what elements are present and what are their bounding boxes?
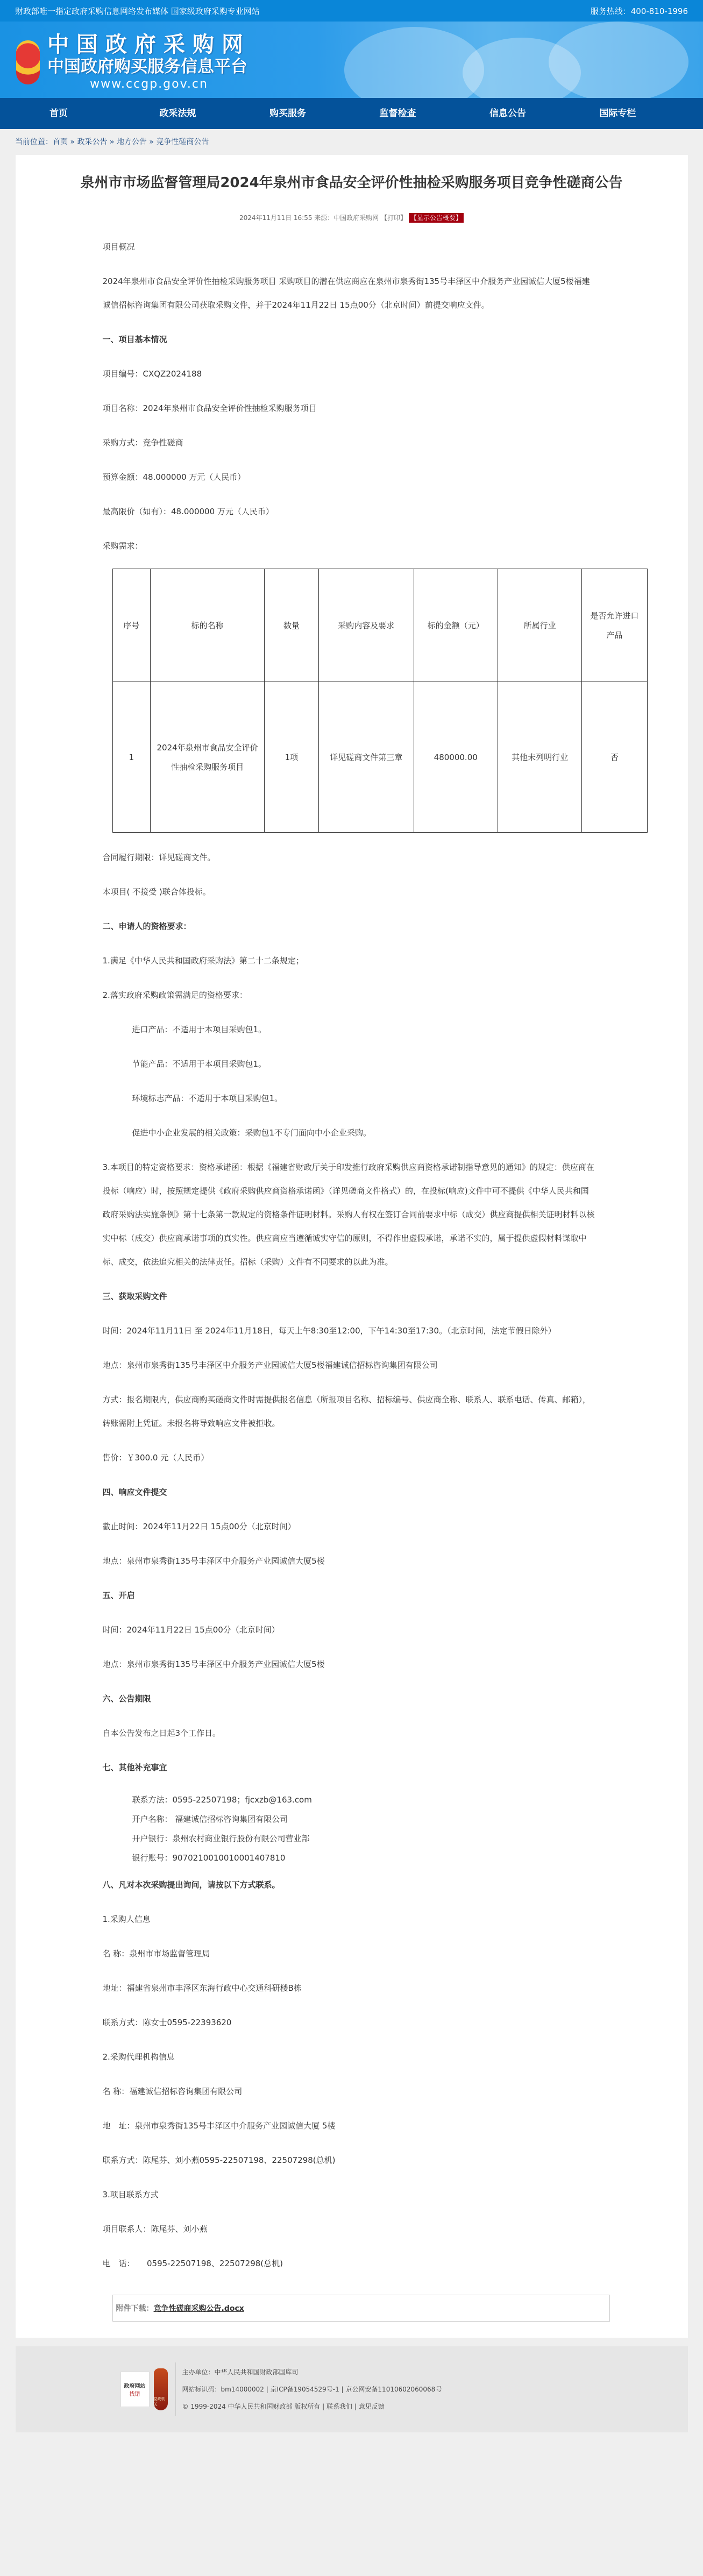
account-name: 开户名称： 福建诚信招标咨询集团有限公司: [132, 1809, 597, 1829]
site-logo[interactable]: 中国政府采购网 中国政府购买服务信息平台 www.ccgp.gov.cn: [16, 32, 251, 93]
account-bank: 开户银行：泉州农村商业银行股份有限公司营业部: [132, 1829, 597, 1848]
article-body: 项目概况 2024年泉州市食品安全评价性抽检采购服务项目 采购项目的潜在供应商应…: [16, 222, 688, 2275]
table-header: 是否允许进口产品: [582, 569, 647, 682]
table-cell: 1: [112, 682, 151, 833]
table-header: 所属行业: [498, 569, 581, 682]
service-hotline: 服务热线：400-810-1996: [591, 5, 688, 17]
top-bar: 财政部唯一指定政府采购信息网络发布媒体 国家级政府采购专业网站 服务热线：400…: [0, 0, 703, 22]
site-ids: 网站标识码：bm14000002 | 京ICP备19054529号-1 | 京公…: [182, 2381, 442, 2398]
qualification-item: 3.本项目的特定资格要求：资格承诺函：根据《福建省财政厅关于印发推行政府采购供应…: [103, 1155, 597, 1274]
project-name: 项目名称：2024年泉州市食品安全评价性抽检采购服务项目: [103, 396, 597, 420]
nav-supervision[interactable]: 监督检查: [352, 98, 462, 129]
section-heading: 八、凡对本次采购提出询问，请按以下方式联系。: [103, 1873, 597, 1897]
attachment-box: 附件下载：竞争性磋商采购公告.docx: [112, 2295, 610, 2322]
breadcrumb-home[interactable]: 首页: [53, 138, 68, 146]
badge-text: 找错: [130, 2389, 140, 2397]
breadcrumb-prefix: 当前位置：: [15, 138, 53, 146]
table-header: 标的名称: [151, 569, 265, 682]
procurement-method: 采购方式：竞争性磋商: [103, 431, 597, 455]
submit-deadline: 截止时间：2024年11月22日 15点00分（北京时间）: [103, 1515, 597, 1538]
contact-method: 联系方法：0595-22507198；fjcxzb@163.com: [132, 1790, 597, 1809]
breadcrumb-gov-announcements[interactable]: 政采公告: [77, 138, 107, 146]
announcement-period: 自本公告发布之日起3个工作日。: [103, 1721, 597, 1745]
footer-info: 主办单位：中华人民共和国财政部国库司 网站标识码：bm14000002 | 京I…: [182, 2364, 442, 2415]
gov-site-error-report-badge[interactable]: 政府网站 找错: [120, 2372, 150, 2407]
budget-amount: 预算金额：48.000000 万元（人民币）: [103, 465, 597, 489]
qualification-item: 2.落实政府采购政策需满足的资格要求：: [103, 983, 597, 1007]
max-price: 最高限价（如有）：48.000000 万元（人民币）: [103, 500, 597, 523]
consortium-policy: 本项目( 不接受 )联合体投标。: [103, 880, 597, 904]
breadcrumb: 当前位置：首页 » 政采公告 » 地方公告 » 竞争性磋商公告: [0, 129, 703, 155]
article-meta: 2024年11月11日 16:55 来源：中国政府采购网 【打印】 【显示公告概…: [16, 213, 688, 222]
breadcrumb-local-announcements[interactable]: 地方公告: [117, 138, 147, 146]
cloud-decoration: [344, 27, 484, 98]
table-header: 标的金额（元）: [414, 569, 498, 682]
logo-title: 中国政府采购网: [47, 32, 251, 57]
contract-period: 合同履行期限：详见磋商文件。: [103, 846, 597, 869]
requirements-table: 序号 标的名称 数量 采购内容及要求 标的金额（元） 所属行业 是否允许进口产品…: [112, 569, 648, 833]
project-contact-person: 项目联系人：陈尾芬、刘小燕: [103, 2217, 597, 2241]
buyer-info-title: 1.采购人信息: [103, 1907, 597, 1931]
section-heading: 二、申请人的资格要求：: [103, 914, 597, 938]
buyer-contact: 联系方式：陈女士0595-22393620: [103, 2011, 597, 2034]
main-nav: 首页 政采法规 购买服务 监督检查 信息公告 国际专栏: [0, 98, 703, 129]
account-number: 银行账号：907021001001000140781​0: [132, 1848, 597, 1868]
banner: 中国政府采购网 中国政府购买服务信息平台 www.ccgp.gov.cn: [0, 22, 703, 98]
agent-name: 名 称：福建诚信招标咨询集团有限公司: [103, 2080, 597, 2103]
section-heading: 一、项目基本情况: [103, 328, 597, 351]
section-heading: 四、响应文件提交: [103, 1480, 597, 1504]
overview-text: 2024年泉州市食品安全评价性抽检采购服务项目 采购项目的潜在供应商应在泉州市泉…: [103, 269, 597, 317]
bottom-spacer: [0, 2432, 703, 2441]
breadcrumb-separator: »: [147, 138, 156, 146]
overview-label: 项目概况: [103, 235, 597, 259]
agent-address: 地 址：泉州市泉秀街135号丰泽区中介服务产业园诚信大厦 5楼: [103, 2114, 597, 2138]
table-header: 数量: [265, 569, 319, 682]
table-cell: 1项: [265, 682, 319, 833]
table-header: 序号: [112, 569, 151, 682]
policy-item: 进口产品：不适用于本项目采购包1。: [103, 1018, 597, 1041]
table-cell: 否: [582, 682, 647, 833]
nav-regulations[interactable]: 政采法规: [132, 98, 242, 129]
table-header: 采购内容及要求: [318, 569, 414, 682]
badge-text: 党政机关: [154, 2396, 168, 2407]
breadcrumb-current[interactable]: 竞争性磋商公告: [156, 138, 209, 146]
project-number: 项目编号：CXQZ2024188: [103, 362, 597, 386]
table-cell: 详见磋商文件第三章: [318, 682, 414, 833]
qualification-item: 1.满足《中华人民共和国政府采购法》第二十二条规定；: [103, 949, 597, 973]
page-title: 泉州市市场监督管理局2024年泉州市食品安全评价性抽检采购服务项目竞争性磋商公告: [16, 166, 688, 194]
copyright-line: © 1999-2024 中华人民共和国财政部 版权所有 | 联系我们 | 意见反…: [182, 2398, 442, 2415]
section-heading: 三、获取采购文件: [103, 1285, 597, 1308]
document-price: 售价：￥300.0 元（人民币）: [103, 1446, 597, 1470]
table-row: 1 2024年泉州市食品安全评价性抽检采购服务项目 1项 详见磋商文件第三章 4…: [112, 682, 647, 833]
badge-text: 政府网站: [124, 2381, 146, 2389]
nav-international[interactable]: 国际专栏: [572, 98, 682, 129]
table-cell: 2024年泉州市食品安全评价性抽检采购服务项目: [151, 682, 265, 833]
supplementary-info: 联系方法：0595-22507198；fjcxzb@163.com 开户名称： …: [103, 1790, 597, 1868]
acquire-place: 地点：泉州市泉秀街135号丰泽区中介服务产业园诚信大厦5楼福建诚信招标咨询集团有…: [103, 1353, 597, 1377]
logo-url: www.ccgp.gov.cn: [47, 76, 251, 93]
policy-item: 促进中小企业发展的相关政策：采购包1不专门面向中小企业采购。: [103, 1121, 597, 1145]
opening-time: 时间：2024年11月22日 15点00分（北京时间）: [103, 1618, 597, 1642]
agent-info-title: 2.采购代理机构信息: [103, 2045, 597, 2069]
attachment-download-link[interactable]: 竞争性磋商采购公告.docx: [154, 2304, 244, 2313]
policy-item: 环境标志产品：不适用于本项目采购包1。: [103, 1087, 597, 1110]
nav-purchase-services[interactable]: 购买服务: [242, 98, 352, 129]
attachment-label: 附件下载：: [116, 2304, 154, 2313]
section-heading: 七、其他补充事宜: [103, 1756, 597, 1779]
logo-subtitle: 中国政府购买服务信息平台: [47, 57, 251, 76]
project-contact-title: 3.项目联系方式: [103, 2183, 597, 2206]
copyright: © 1999-2024 中华人民共和国财政部 版权所有: [182, 2403, 321, 2410]
opening-place: 地点：泉州市泉秀街135号丰泽区中介服务产业园诚信大厦5楼: [103, 1652, 597, 1676]
section-heading: 五、开启: [103, 1584, 597, 1607]
host-unit: 主办单位：中华人民共和国财政部国库司: [182, 2364, 442, 2381]
breadcrumb-separator: »: [107, 138, 116, 146]
buyer-address: 地址：福建省泉州市丰泽区东海行政中心交通科研楼B栋: [103, 1976, 597, 2000]
cloud-decoration: [549, 22, 688, 98]
table-cell: 其他未列明行业: [498, 682, 581, 833]
feedback-link[interactable]: 意见反馈: [359, 2403, 385, 2410]
site-slogan: 财政部唯一指定政府采购信息网络发布媒体 国家级政府采购专业网站: [15, 5, 260, 17]
table-header-row: 序号 标的名称 数量 采购内容及要求 标的金额（元） 所属行业 是否允许进口产品: [112, 569, 647, 682]
acquire-way: 方式：报名期限内，供应商购买磋商文件时需提供报名信息（所报项目名称、招标编号、供…: [103, 1388, 597, 1435]
section-heading: 六、公告期限: [103, 1687, 597, 1711]
agent-contact: 联系方式：陈尾芬、刘小燕0595-22507198、22507298(总机): [103, 2148, 597, 2172]
nav-home[interactable]: 首页: [22, 98, 132, 129]
footer-divider: [175, 2362, 176, 2416]
show-summary-button[interactable]: 【显示公告概要】: [409, 213, 464, 223]
article-container: 泉州市市场监督管理局2024年泉州市食品安全评价性抽检采购服务项目竞争性磋商公告…: [16, 155, 688, 2338]
nav-announcements[interactable]: 信息公告: [461, 98, 572, 129]
party-gov-organ-badge[interactable]: 党政机关: [154, 2368, 168, 2410]
table-cell: 480000.00: [414, 682, 498, 833]
buyer-name: 名 称：泉州市市场监督管理局: [103, 1942, 597, 1965]
submit-place: 地点：泉州市泉秀街135号丰泽区中介服务产业园诚信大厦5楼: [103, 1549, 597, 1573]
acquire-time: 时间：2024年11月11日 至 2024年11月18日，每天上午8:30至12…: [103, 1319, 597, 1343]
contact-us-link[interactable]: 联系我们: [326, 2403, 352, 2410]
spacer: [103, 1868, 597, 1873]
requirements-label: 采购需求：: [103, 534, 597, 558]
footer: 政府网站 找错 党政机关 主办单位：中华人民共和国财政部国库司 网站标识码：bm…: [16, 2346, 688, 2432]
project-contact-phone: 电 话： 0595-22507198、22507298(总机): [103, 2252, 597, 2275]
national-emblem-icon: [16, 40, 40, 84]
publish-info: 2024年11月11日 16:55 来源：中国政府采购网 【打印】: [239, 214, 407, 222]
breadcrumb-separator: »: [68, 138, 77, 146]
policy-item: 节能产品：不适用于本项目采购包1。: [103, 1052, 597, 1076]
